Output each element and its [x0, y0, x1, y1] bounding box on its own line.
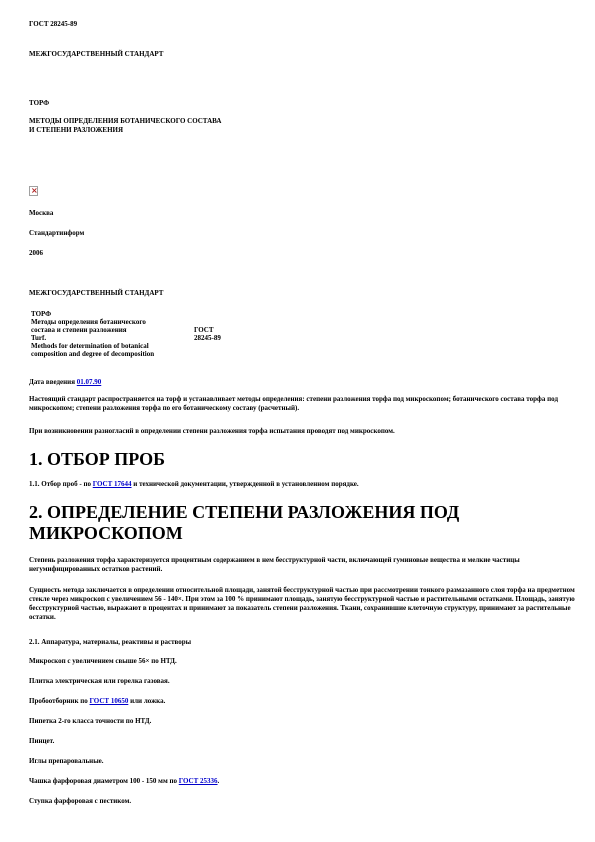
intro-paragraph-2: При возникновении разногласий в определе…: [29, 427, 577, 436]
doc-code: ГОСТ 28245-89: [29, 20, 77, 29]
equipment-item: Микроскоп с увеличением свыше 56× по НТД…: [29, 657, 577, 666]
title-ru-cell: ТОРФ Методы определения ботанического со…: [31, 310, 194, 358]
subsection-2-1-heading: 2.1. Аппаратура, материалы, реактивы и р…: [29, 638, 577, 647]
equipment-item: Пробоотборник по ГОСТ 10650 или ложка.: [29, 697, 577, 706]
standard-type-2: МЕЖГОСУДАРСТВЕННЫЙ СТАНДАРТ: [29, 289, 163, 298]
section-2-paragraph-2: Сущность метода заключается в определени…: [29, 586, 577, 622]
doc-title-line1: МЕТОДЫ ОПРЕДЕЛЕНИЯ БОТАНИЧЕСКОГО СОСТАВА: [29, 117, 221, 126]
intro-date: Дата введения 01.07.90: [29, 378, 101, 387]
equipment-item: Ступка фарфоровая с пестиком.: [29, 797, 577, 806]
gost-10650-link[interactable]: ГОСТ 10650: [90, 697, 129, 705]
equipment-item: Пипетка 2-го класса точности по НТД.: [29, 717, 577, 726]
equipment-item: Плитка электрическая или горелка газовая…: [29, 677, 577, 686]
gost-number-cell: ГОСТ 28245-89: [194, 310, 221, 358]
subject-title: ТОРФ: [29, 99, 49, 108]
equipment-item: Иглы препаровальные.: [29, 757, 577, 766]
equipment-item: Пинцет.: [29, 737, 577, 746]
intro-date-link[interactable]: 01.07.90: [77, 378, 102, 386]
gost-25336-link[interactable]: ГОСТ 25336: [179, 777, 218, 785]
section-1-heading: 1. ОТБОР ПРОБ: [29, 449, 165, 470]
section-2-paragraph-1: Степень разложения торфа характеризуется…: [29, 556, 577, 574]
equipment-item: Чашка фарфоровая диаметром 100 - 150 мм …: [29, 777, 577, 786]
intro-paragraph-1: Настоящий стандарт распространяется на т…: [29, 395, 577, 413]
section-1-paragraph: 1.1. Отбор проб - по ГОСТ 17644 и технич…: [29, 480, 577, 489]
doc-title-line2: И СТЕПЕНИ РАЗЛОЖЕНИЯ: [29, 126, 123, 135]
publication-city: Москва: [29, 209, 53, 218]
title-block-table: ТОРФ Методы определения ботанического со…: [31, 310, 221, 358]
publisher: Стандартинформ: [29, 229, 84, 238]
standard-type: МЕЖГОСУДАРСТВЕННЫЙ СТАНДАРТ: [29, 50, 163, 59]
broken-image-icon: ×: [29, 186, 38, 196]
publication-year: 2006: [29, 249, 43, 258]
gost-17644-link[interactable]: ГОСТ 17644: [93, 480, 132, 488]
section-2-heading: 2. ОПРЕДЕЛЕНИЕ СТЕПЕНИ РАЗЛОЖЕНИЯ ПОД МИ…: [29, 502, 459, 544]
